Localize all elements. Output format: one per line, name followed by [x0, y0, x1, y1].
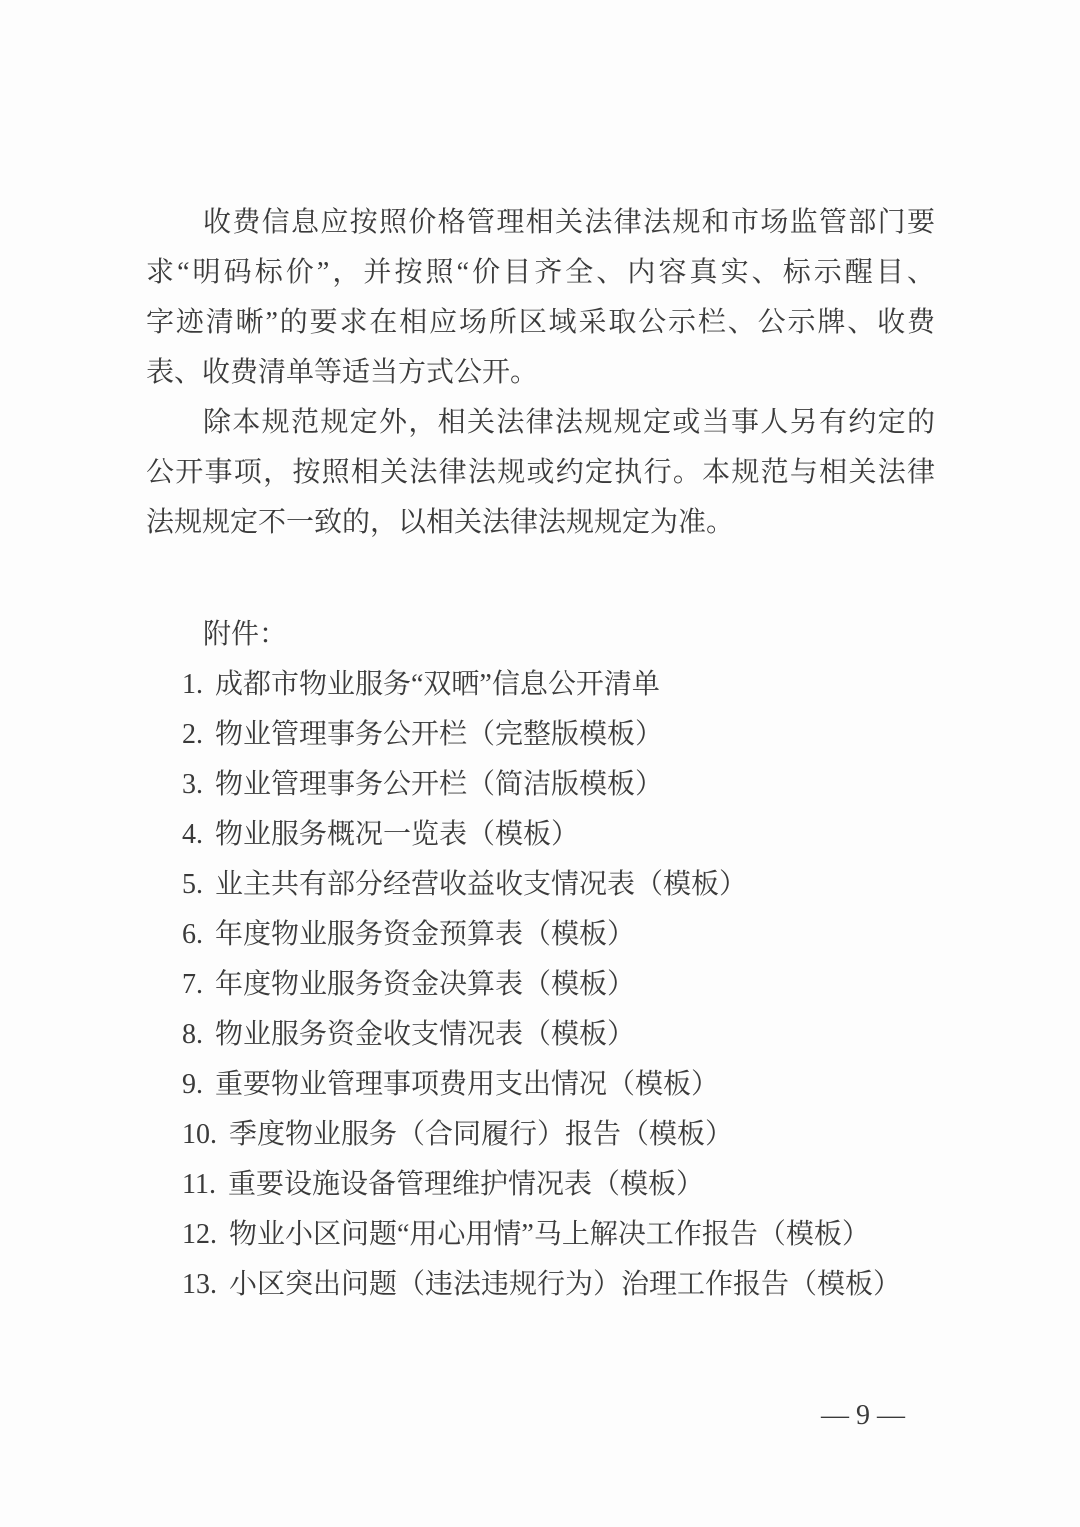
attachment-item-number: 12. [182, 1210, 217, 1260]
document-page: 收费信息应按照价格管理相关法律法规和市场监管部门要 求“明码标价”，并按照“价目… [0, 0, 1080, 1527]
document-body: 收费信息应按照价格管理相关法律法规和市场监管部门要 求“明码标价”，并按照“价目… [146, 198, 935, 1310]
attachment-item-number: 4. [182, 810, 203, 860]
attachment-item-number: 9. [182, 1060, 203, 1110]
attachments-spacer [146, 548, 935, 610]
attachment-item-text: 物业服务资金收支情况表（模板） [215, 1019, 635, 1050]
attachment-item-number: 5. [182, 860, 203, 910]
attachment-item-text: 物业小区问题“用心用情”马上解决工作报告（模板） [229, 1219, 870, 1250]
attachment-item: 13.小区突出问题（违法违规行为）治理工作报告（模板） [146, 1260, 935, 1310]
attachment-item: 7.年度物业服务资金决算表（模板） [146, 960, 935, 1010]
attachment-item: 3.物业管理事务公开栏（简洁版模板） [146, 760, 935, 810]
attachment-item-number: 6. [182, 910, 203, 960]
attachment-item-text: 重要物业管理事项费用支出情况（模板） [215, 1069, 719, 1100]
attachment-item-text: 业主共有部分经营收益收支情况表（模板） [215, 869, 747, 900]
page-number: — 9 — [821, 1394, 905, 1438]
attachment-item-text: 年度物业服务资金决算表（模板） [215, 969, 635, 1000]
attachment-item-number: 11. [182, 1160, 216, 1210]
attachment-item-number: 8. [182, 1010, 203, 1060]
attachment-item: 2.物业管理事务公开栏（完整版模板） [146, 710, 935, 760]
attachment-item: 8.物业服务资金收支情况表（模板） [146, 1010, 935, 1060]
text-line: 字迹清晰”的要求在相应场所区域采取公示栏、公示牌、收费 [146, 298, 935, 348]
attachment-item-text: 物业服务概况一览表（模板） [215, 819, 579, 850]
attachment-item: 11.重要设施设备管理维护情况表（模板） [146, 1160, 935, 1210]
attachment-item-text: 成都市物业服务“双晒”信息公开清单 [215, 669, 660, 700]
text-line: 收费信息应按照价格管理相关法律法规和市场监管部门要 [146, 198, 935, 248]
attachment-item-number: 13. [182, 1260, 217, 1310]
attachment-item-number: 3. [182, 760, 203, 810]
attachment-item: 9.重要物业管理事项费用支出情况（模板） [146, 1060, 935, 1110]
text-line: 法规规定不一致的，以相关法律法规规定为准。 [146, 498, 935, 548]
attachment-item-text: 小区突出问题（违法违规行为）治理工作报告（模板） [229, 1269, 901, 1300]
attachment-item: 5.业主共有部分经营收益收支情况表（模板） [146, 860, 935, 910]
text-line: 表、收费清单等适当方式公开。 [146, 348, 935, 398]
attachment-item-text: 年度物业服务资金预算表（模板） [215, 919, 635, 950]
attachment-item-text: 季度物业服务（合同履行）报告（模板） [229, 1119, 733, 1150]
paragraph-2: 除本规范规定外，相关法律法规规定或当事人另有约定的 公开事项，按照相关法律法规或… [146, 398, 935, 548]
attachment-item-number: 10. [182, 1110, 217, 1160]
attachment-item-number: 2. [182, 710, 203, 760]
attachment-item: 6.年度物业服务资金预算表（模板） [146, 910, 935, 960]
attachment-item: 4.物业服务概况一览表（模板） [146, 810, 935, 860]
text-line: 公开事项，按照相关法律法规或约定执行。本规范与相关法律 [146, 448, 935, 498]
attachments-label: 附件： [146, 610, 935, 660]
attachment-item-text: 物业管理事务公开栏（完整版模板） [215, 719, 663, 750]
paragraph-1: 收费信息应按照价格管理相关法律法规和市场监管部门要 求“明码标价”，并按照“价目… [146, 198, 935, 398]
attachment-item-number: 1. [182, 660, 203, 710]
attachment-item: 10.季度物业服务（合同履行）报告（模板） [146, 1110, 935, 1160]
attachment-item-text: 重要设施设备管理维护情况表（模板） [228, 1169, 704, 1200]
attachments-section: 附件： 1.成都市物业服务“双晒”信息公开清单 2.物业管理事务公开栏（完整版模… [146, 610, 935, 1310]
attachment-item-text: 物业管理事务公开栏（简洁版模板） [215, 769, 663, 800]
text-line: 求“明码标价”，并按照“价目齐全、内容真实、标示醒目、 [146, 248, 935, 298]
attachment-item: 1.成都市物业服务“双晒”信息公开清单 [146, 660, 935, 710]
text-line: 除本规范规定外，相关法律法规规定或当事人另有约定的 [146, 398, 935, 448]
attachment-item-number: 7. [182, 960, 203, 1010]
attachment-item: 12.物业小区问题“用心用情”马上解决工作报告（模板） [146, 1210, 935, 1260]
